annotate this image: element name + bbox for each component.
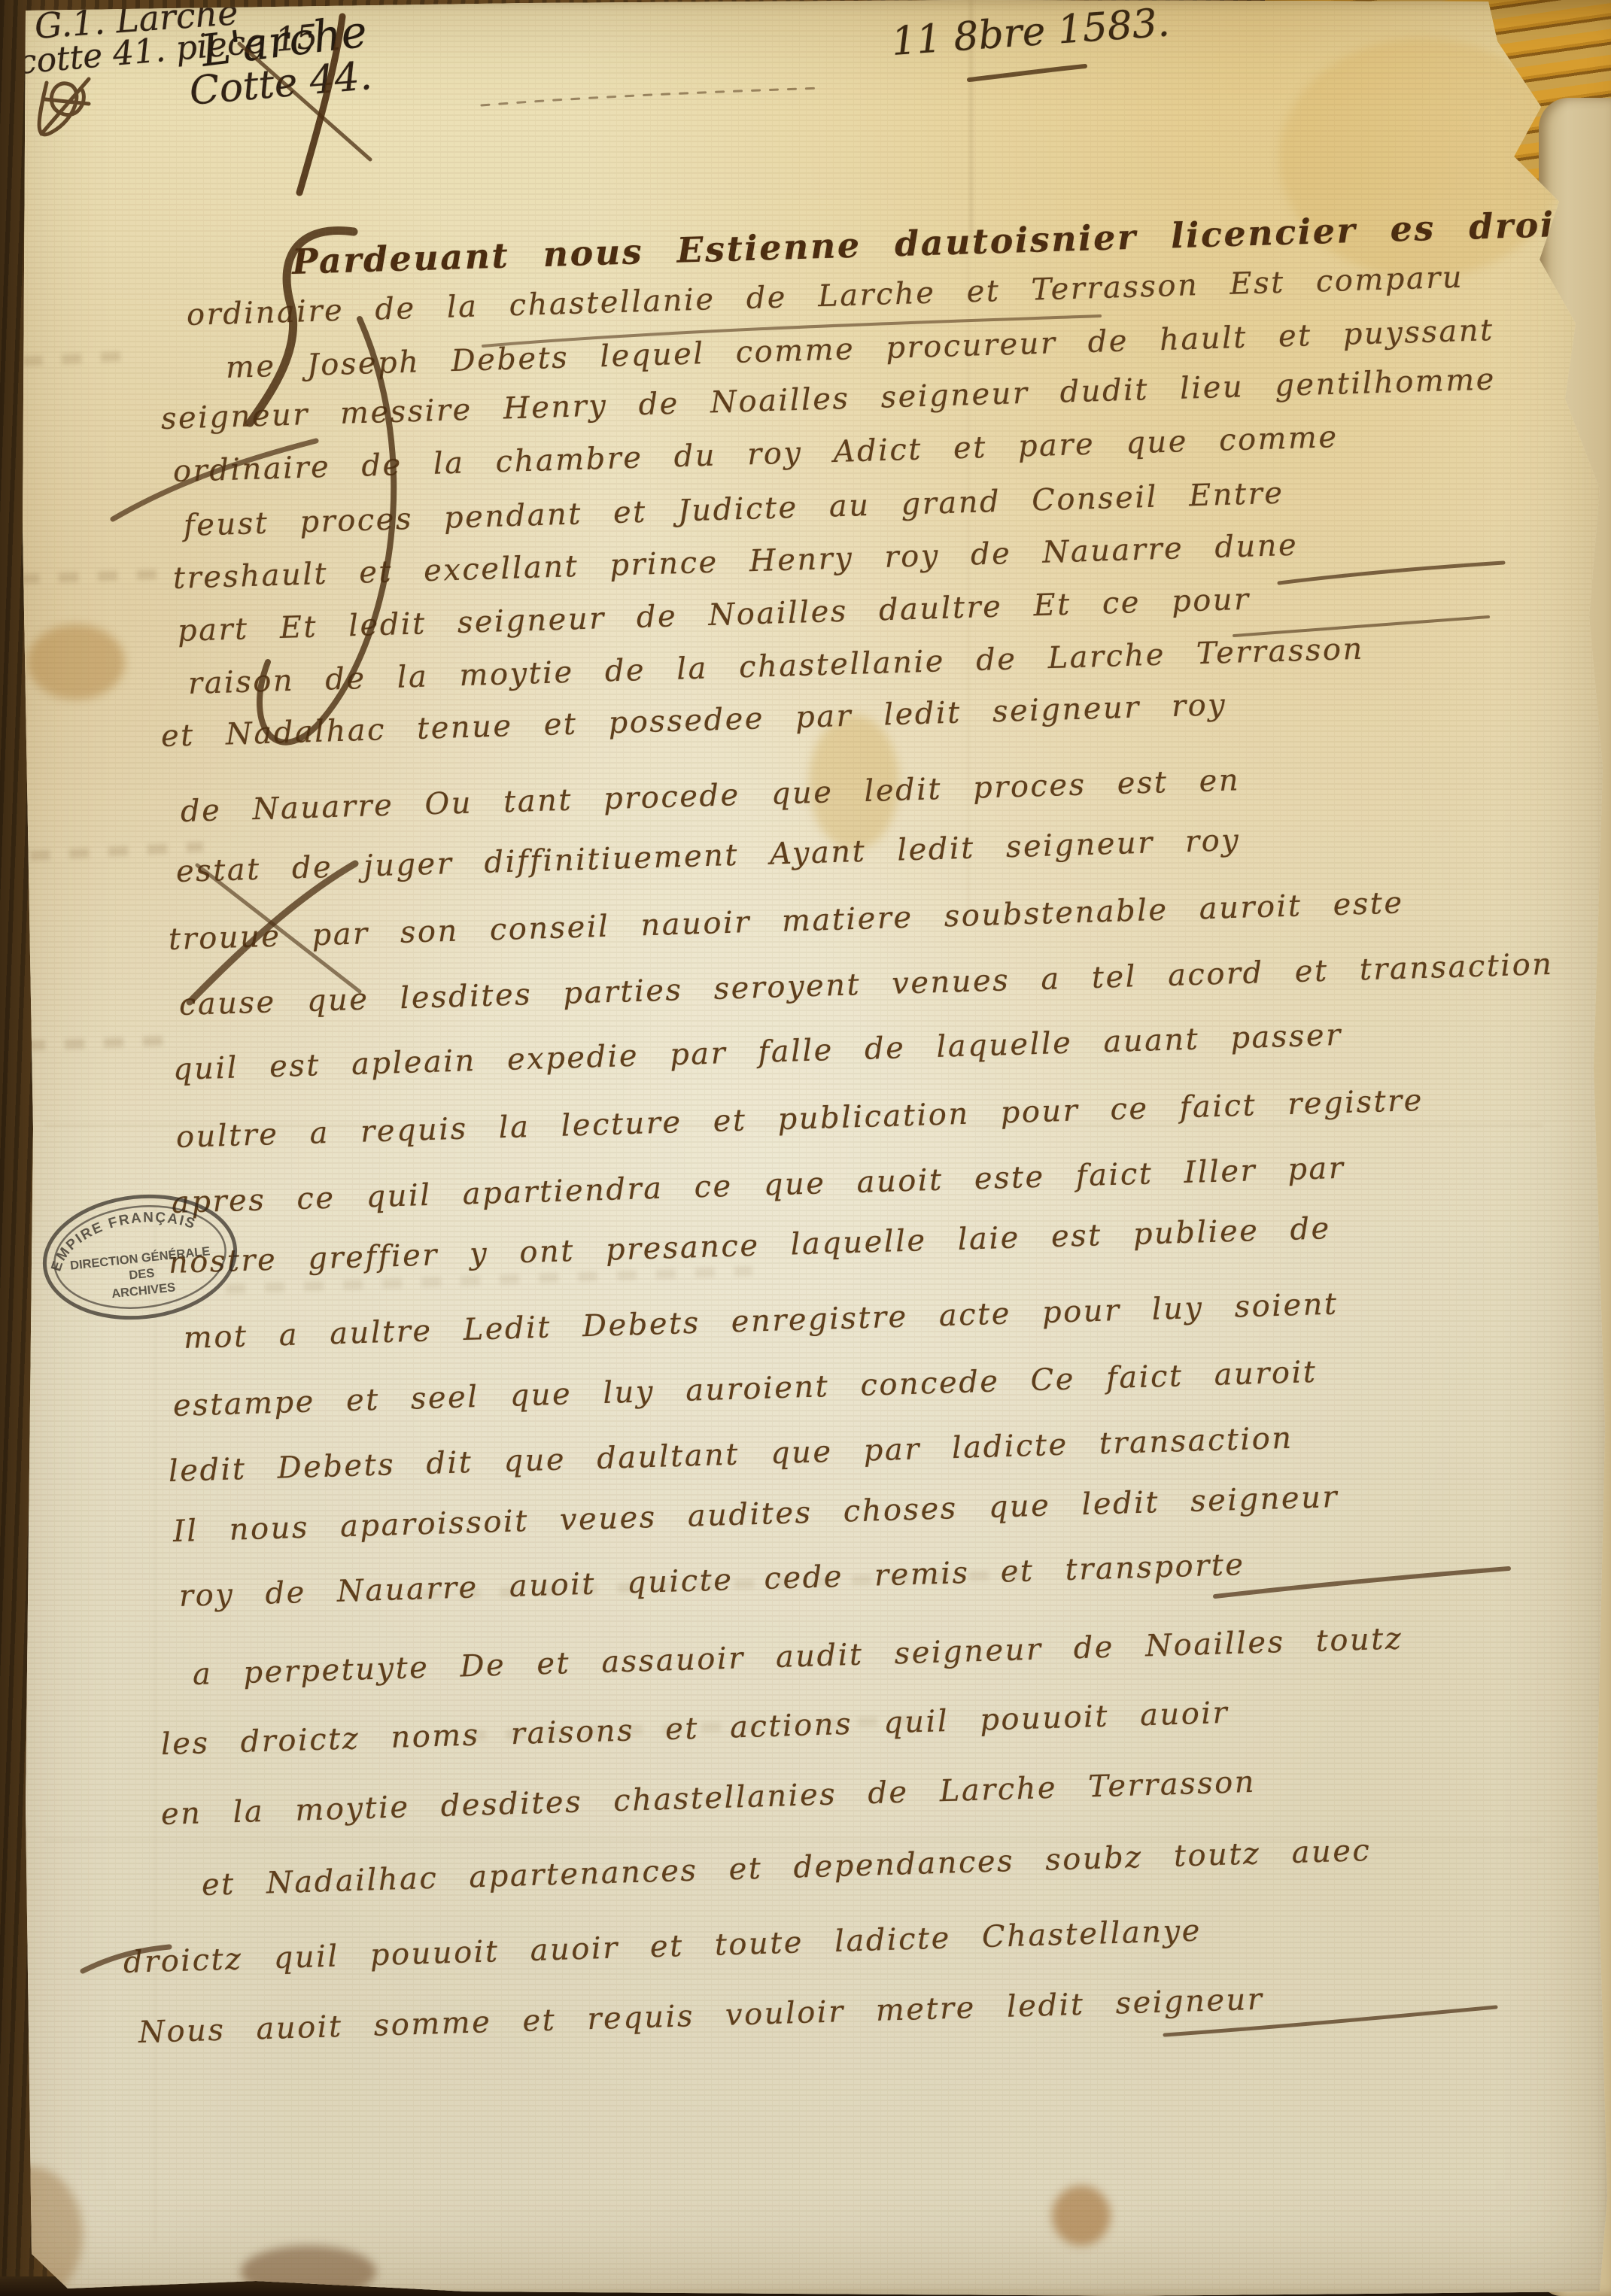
- stamp-line2: DES: [129, 1266, 156, 1282]
- archive-stamp: EMPIRE FRANÇAIS DIRECTION GÉNÉRALE DES A…: [32, 1180, 247, 1334]
- line-end-flourish: [1215, 1569, 1509, 1596]
- date-annotation: 11 8bre 1583.: [890, 0, 1171, 65]
- verso-showthrough: [23, 351, 135, 366]
- manuscript-line: en la moytie desdites chastellanies de L…: [160, 1765, 1256, 1832]
- manuscript-line: estampe et seel que luy auroient concede…: [172, 1355, 1318, 1423]
- date-underline: [969, 66, 1085, 80]
- verso-showthrough: [26, 1036, 176, 1051]
- manuscript-sheet: G.1. Larche cotte 41. piece 15 L'arche C…: [0, 0, 1611, 2296]
- filler-dash: [482, 88, 822, 105]
- stain: [1052, 2185, 1111, 2246]
- manuscript-line: estat de juger diffinitiuement Ayant led…: [175, 823, 1241, 889]
- manuscript-line: Nous auoit somme et requis vouloir metre…: [138, 1982, 1264, 2050]
- paraph-flourish: [39, 79, 89, 135]
- manuscript-line: apres ce quil apartiendra ce que auoit e…: [171, 1151, 1345, 1220]
- manuscript-line: droictz quil pouuoit auoir et toute ladi…: [123, 1913, 1202, 1980]
- manuscript-line: part Et ledit seigneur de Noailles dault…: [177, 582, 1251, 648]
- manuscript-line: Il nous aparoissoit veues audites choses…: [172, 1480, 1339, 1549]
- manuscript-line: ledit Debets dit que daultant que par la…: [168, 1421, 1293, 1489]
- manuscript-line: cause que lesdites parties seroyent venu…: [178, 947, 1554, 1022]
- verso-showthrough: [20, 569, 163, 585]
- manuscript-line: trouue par son conseil nauoir matiere so…: [168, 885, 1404, 957]
- manuscript-line: oultre a requis la lecture et publicatio…: [175, 1083, 1424, 1155]
- line-end-flourish: [1279, 563, 1503, 583]
- manuscript-line: et Nadailhac apartenances et dependances…: [201, 1833, 1372, 1903]
- manuscript-line: les droictz noms raisons et actions quil…: [160, 1696, 1230, 1762]
- stamp-line3: ARCHIVES: [111, 1280, 176, 1301]
- stain: [27, 624, 125, 700]
- photograph-of-manuscript: G.1. Larche cotte 41. piece 15 L'arche C…: [0, 0, 1611, 2296]
- vertical-crease: [154, 1204, 156, 2242]
- manuscript-line: et Nadalhac tenue et possedee par ledit …: [160, 688, 1227, 754]
- manuscript-line: roy de Nauarre auoit quicte cede remis e…: [178, 1547, 1245, 1614]
- manuscript-line: quil est apleain expedie par falle de la…: [172, 1018, 1342, 1087]
- manuscript-line: de Nauarre Ou tant procede que ledit pro…: [180, 763, 1240, 829]
- manuscript-line: mot a aultre Ledit Debets enregistre act…: [183, 1286, 1339, 1356]
- manuscript-line: a perpetuyte De et assauoir audit seigne…: [192, 1621, 1403, 1692]
